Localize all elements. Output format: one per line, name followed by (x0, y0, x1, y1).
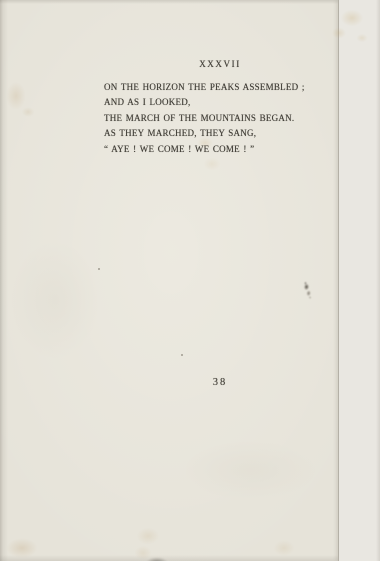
poem-line: ON THE HORIZON THE PEAKS ASSEMBLED ; (104, 80, 336, 96)
paper-speck (98, 268, 100, 270)
poem-line: AND AS I LOOKED, (104, 95, 336, 111)
page-number: 38 (196, 377, 244, 388)
paper-speck (181, 354, 183, 356)
poem-block: XXXVII ON THE HORIZON THE PEAKS ASSEMBLE… (104, 57, 336, 157)
poem-line: “ AYE ! WE COME ! WE COME ! ” (104, 142, 336, 158)
page-edge (338, 0, 380, 561)
ink-smudge (299, 280, 316, 301)
poem-line: THE MARCH OF THE MOUNTAINS BEGAN. (104, 111, 336, 127)
poem-line: AS THEY MARCHED, THEY SANG, (104, 126, 336, 142)
book-page-scan: XXXVII ON THE HORIZON THE PEAKS ASSEMBLE… (0, 0, 380, 561)
bottom-edge-shadow (141, 552, 173, 561)
poem-section-number: XXXVII (104, 57, 336, 73)
